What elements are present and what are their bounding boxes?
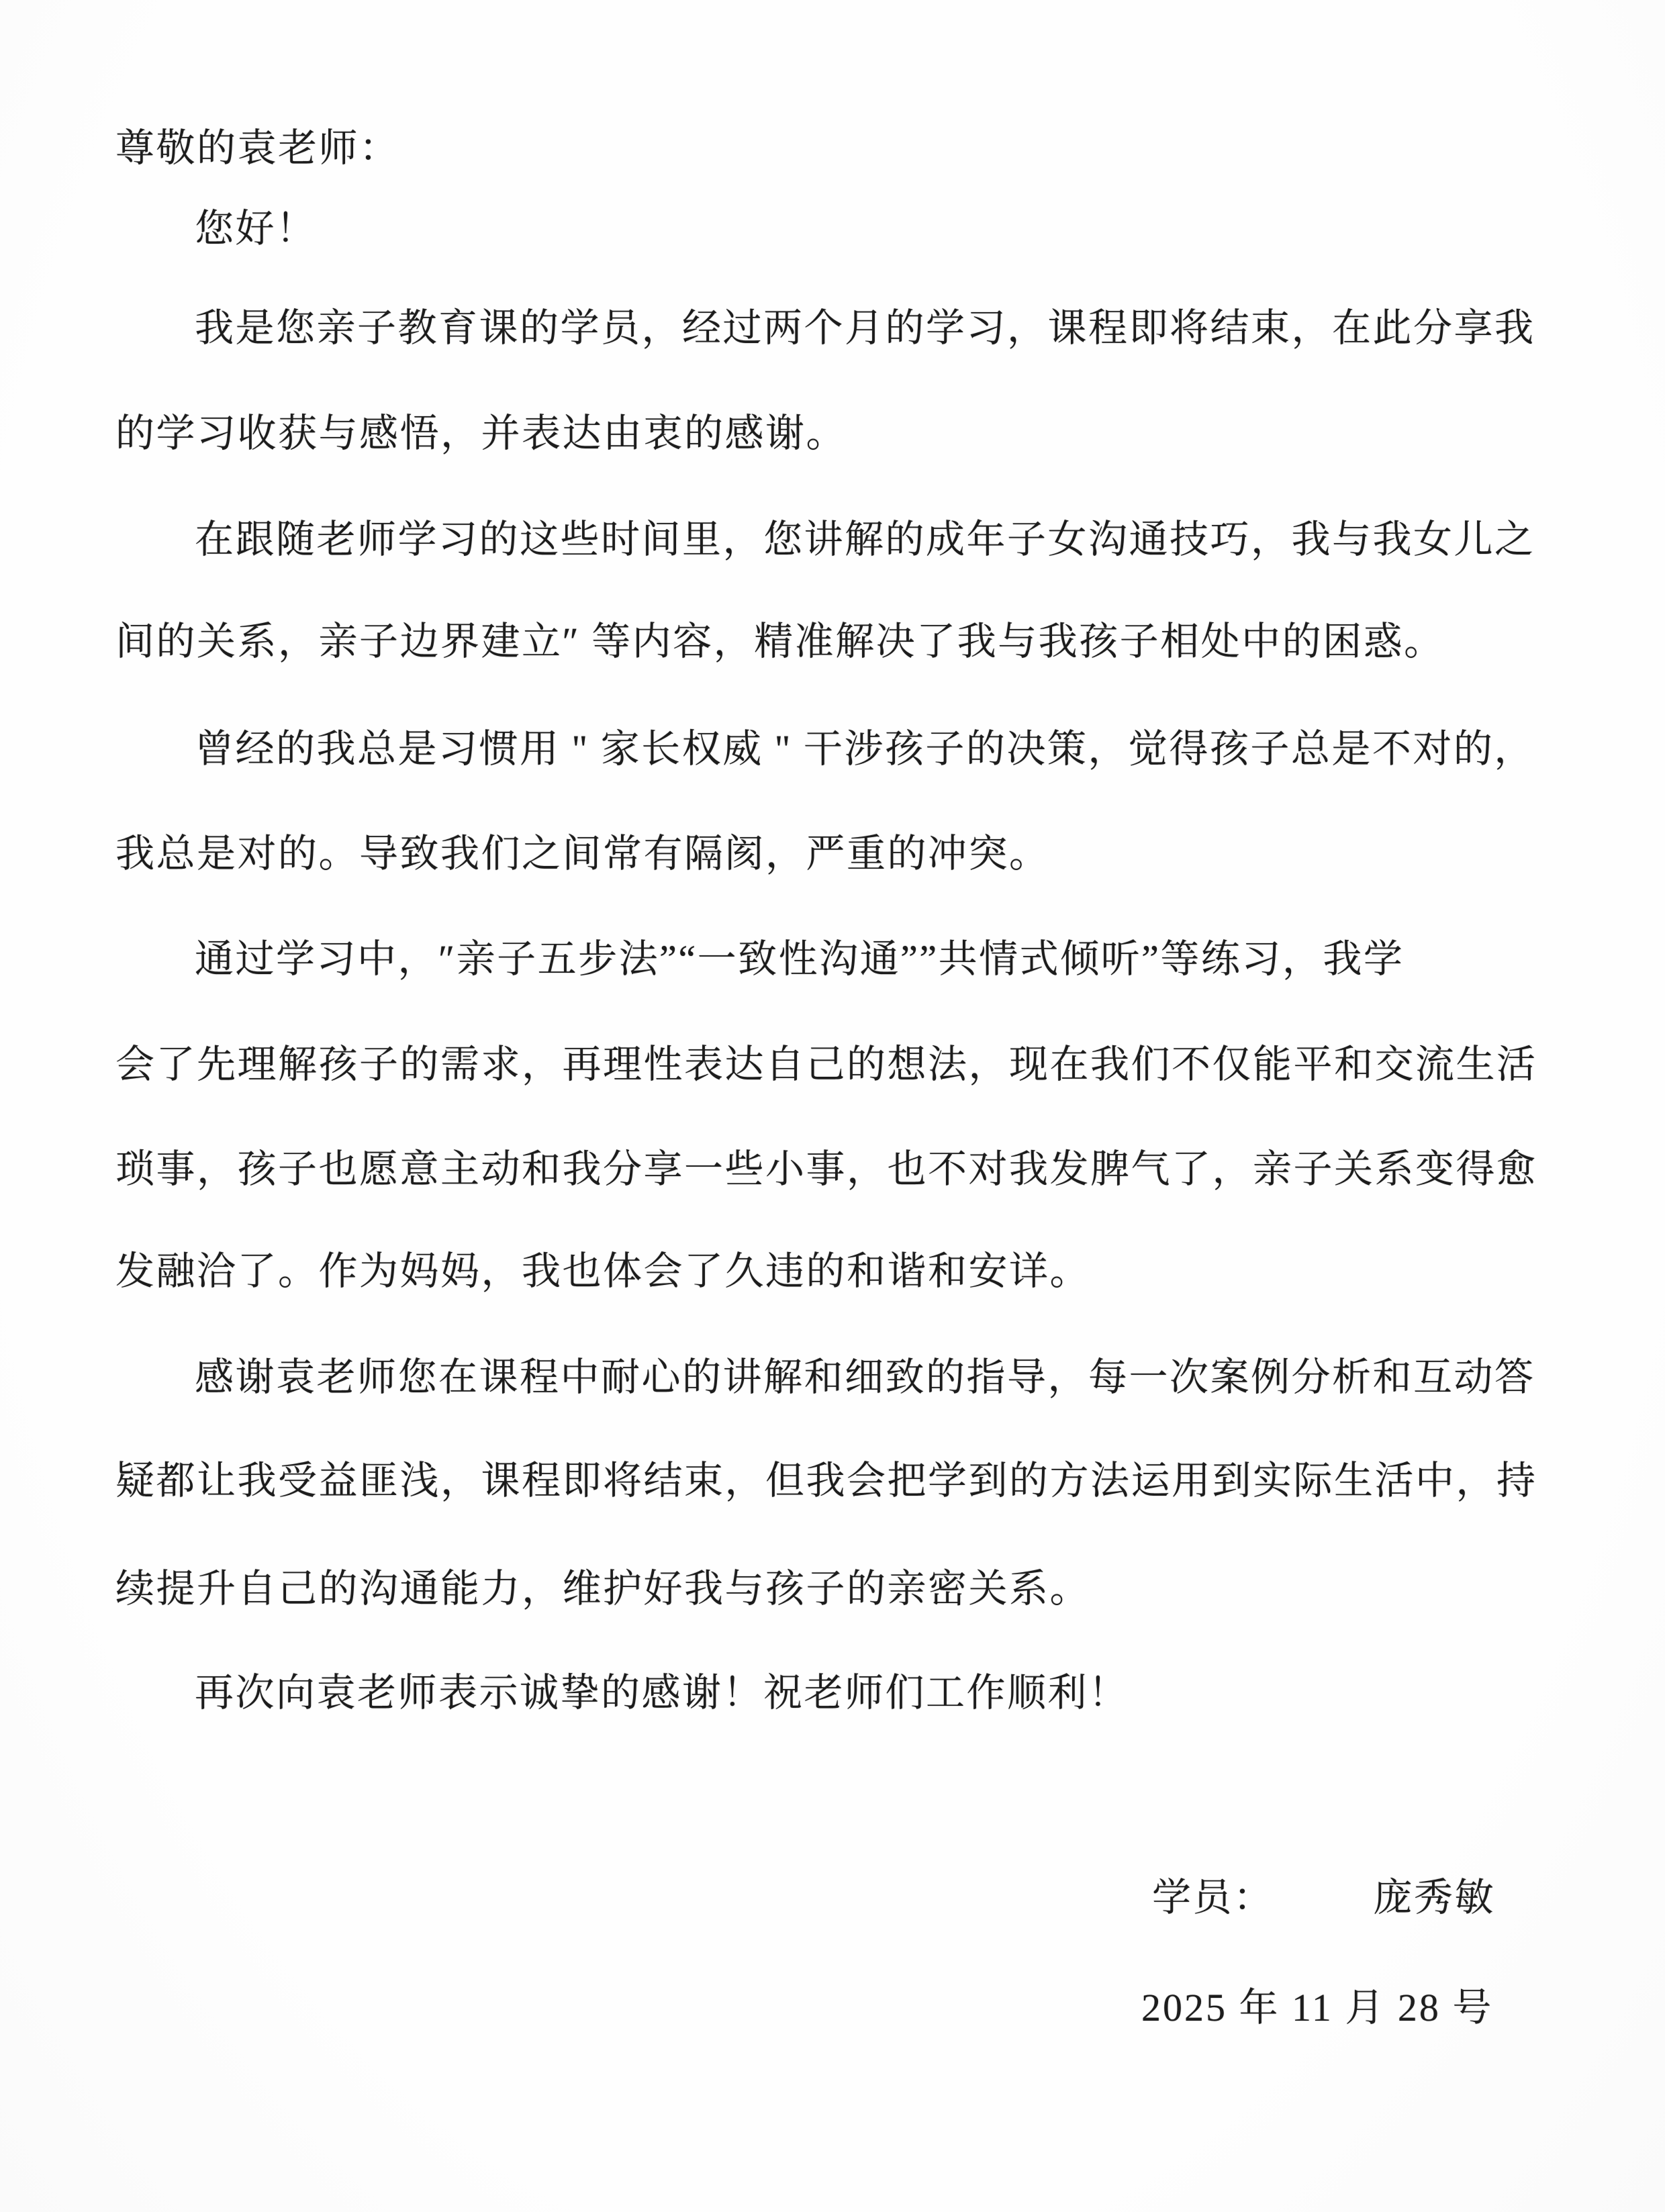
body-line: 我总是对的。导致我们之间常有隔阂，严重的冲突。	[115, 828, 1050, 880]
signature-name: 庞秀敏	[1374, 1872, 1496, 1924]
body-line: 发融洽了。作为妈妈，我也体会了久违的和谐和安详。	[115, 1245, 1090, 1298]
body-line: 疑都让我受益匪浅，课程即将结束，但我会把学到的方法运用到实际生活中，持	[115, 1455, 1537, 1507]
body-line: 在跟随老师学习的这些时间里，您讲解的成年子女沟通技巧，我与我女儿之	[115, 514, 1535, 566]
body-line: 续提升自己的沟通能力，维护好我与孩子的亲密关系。	[115, 1563, 1090, 1615]
signature-row: 学员： 庞秀敏	[1152, 1872, 1495, 1924]
body-line: 我是您亲子教育课的学员，经过两个月的学习，课程即将结束，在此分享我	[115, 302, 1535, 354]
date: 2025 年 11 月 28 号	[1141, 1982, 1493, 2034]
greeting: 您好！	[115, 203, 317, 255]
body-line: 琐事，孩子也愿意主动和我分享一些小事，也不对我发脾气了，亲子关系变得愈	[115, 1143, 1537, 1196]
scanned-letter-page: 尊敬的袁老师： 您好！ 我是您亲子教育课的学员，经过两个月的学习，课程即将结束，…	[0, 0, 1665, 2212]
salutation: 尊敬的袁老师：	[115, 122, 400, 175]
body-line: 通过学习中，″亲子五步法”“一致性沟通””共情式倾听”等练习，我学	[115, 933, 1404, 985]
body-line: 的学习收获与感悟，并表达由衷的感谢。	[115, 407, 847, 460]
body-line: 再次向袁老师表示诚挚的感谢！祝老师们工作顺利！	[115, 1667, 1129, 1719]
body-line: 感谢袁老师您在课程中耐心的讲解和细致的指导，每一次案例分析和互动答	[115, 1351, 1535, 1404]
body-line: 间的关系，亲子边界建立″ 等内容，精准解决了我与我孩子相处中的困惑。	[115, 616, 1445, 668]
body-line: 曾经的我总是习惯用 " 家长权威 " 干涉孩子的决策，觉得孩子总是不对的，	[115, 723, 1535, 775]
body-line: 会了先理解孩子的需求，再理性表达自己的想法，现在我们不仅能平和交流生活	[115, 1039, 1537, 1091]
signature-label: 学员：	[1152, 1872, 1274, 1924]
